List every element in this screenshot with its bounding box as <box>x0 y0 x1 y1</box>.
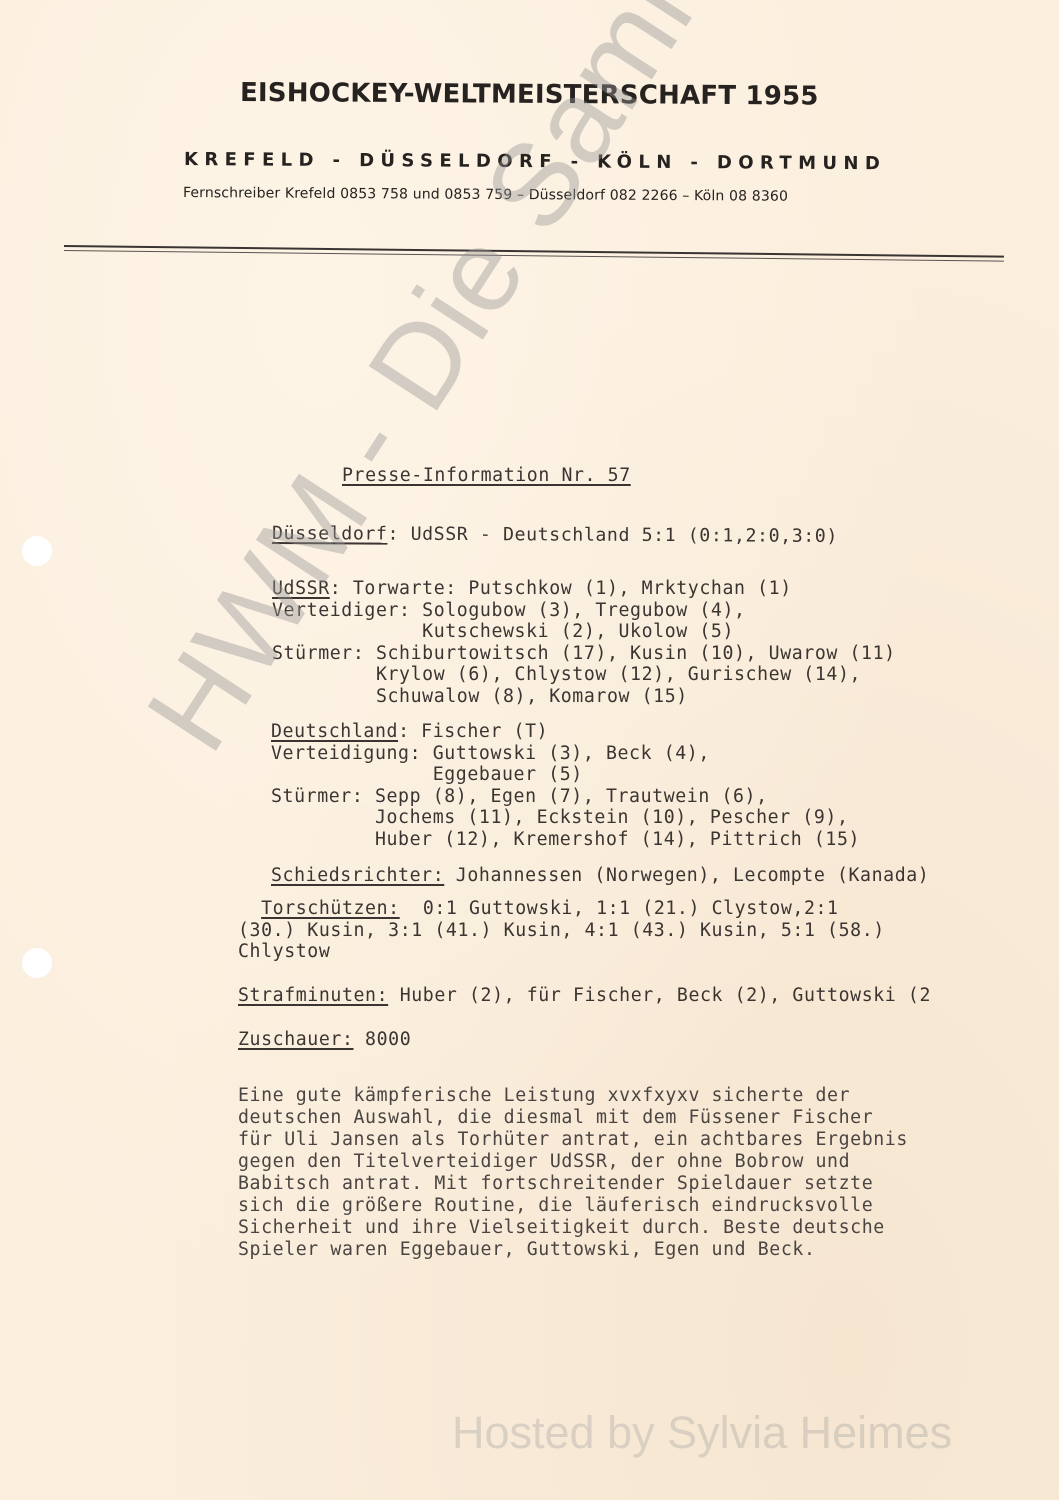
spectators-line: Zuschauer: 8000 <box>238 1029 411 1051</box>
referees-text: Johannessen (Norwegen), Lecompte (Kanada… <box>444 865 929 886</box>
lineup-line: Verteidiger: Sologubow (3), Tregubow (4)… <box>272 600 746 621</box>
report-line: Spieler waren Eggebauer, Guttowski, Egen… <box>238 1239 816 1260</box>
lineup-line: Schuwalow (8), Komarow (15) <box>272 686 688 707</box>
report-line: Babitsch antrat. Mit fortschreitender Sp… <box>238 1173 873 1194</box>
scorers-line: (30.) Kusin, 3:1 (41.) Kusin, 4:1 (43.) … <box>238 920 885 941</box>
lineup-line: Kutschewski (2), Ukolow (5) <box>272 621 734 642</box>
scorers-block: Torschützen: 0:1 Guttowski, 1:1 (21.) Cl… <box>238 898 885 963</box>
lineup-line: Krylow (6), Chlystow (12), Gurischew (14… <box>272 664 861 685</box>
lineup-line: Jochems (11), Eckstein (10), Pescher (9)… <box>271 807 849 828</box>
report-line: Eine gute kämpferische Leistung xvxfxyxv… <box>238 1085 850 1106</box>
match-line: Düsseldorf: UdSSR - Deutschland 5:1 (0:1… <box>272 523 838 547</box>
lineup-line: Huber (12), Kremershof (14), Pittrich (1… <box>271 829 860 850</box>
udssr-label: UdSSR <box>272 578 330 599</box>
report-line: deutschen Auswahl, die diesmal mit dem F… <box>238 1107 873 1128</box>
report-line: sich die größere Routine, die läuferisch… <box>238 1195 873 1216</box>
venue-label: Düsseldorf <box>272 523 388 545</box>
lineup-line: Stürmer: Sepp (8), Egen (7), Trautwein (… <box>271 786 768 807</box>
penalties-line: Strafminuten: Huber (2), für Fischer, Be… <box>238 985 931 1007</box>
lineup-line: Stürmer: Schiburtowitsch (17), Kusin (10… <box>272 643 896 664</box>
match-report: Eine gute kämpferische Leistung xvxfxyxv… <box>238 1085 908 1261</box>
germany-lineup: Deutschland: Fischer (T) Verteidigung: G… <box>271 721 860 850</box>
press-title: Presse-Information Nr. 57 <box>342 465 631 487</box>
penalties-text: Huber (2), für Fischer, Beck (2), Guttow… <box>388 985 931 1006</box>
letterhead-telex: Fernschreiber Krefeld 0853 758 und 0853 … <box>183 185 788 205</box>
spectators-text: 8000 <box>354 1029 412 1050</box>
udssr-lineup: UdSSR: Torwarte: Putschkow (1), Mrktycha… <box>272 578 896 707</box>
referees-line: Schiedsrichter: Johannessen (Norwegen), … <box>271 865 929 887</box>
punch-hole <box>22 536 52 566</box>
lineup-line: : Fischer (T) <box>398 721 548 742</box>
punch-hole <box>22 948 52 978</box>
document-page: EISHOCKEY-WELTMEISTERSCHAFT 1955 KREFELD… <box>0 0 1059 1500</box>
letterhead-title: EISHOCKEY-WELTMEISTERSCHAFT 1955 <box>240 78 819 112</box>
report-line: Sicherheit und ihre Vielseitigkeit durch… <box>238 1217 885 1238</box>
lineup-line: : Torwarte: Putschkow (1), Mrktychan (1) <box>330 578 792 599</box>
report-line: gegen den Titelverteidiger UdSSR, der oh… <box>238 1151 850 1172</box>
report-line: für Uli Jansen als Torhüter antrat, ein … <box>238 1129 908 1150</box>
scorers-label: Torschützen: <box>261 898 400 919</box>
penalties-label: Strafminuten: <box>238 985 388 1006</box>
referees-label: Schiedsrichter: <box>271 865 444 886</box>
letterhead-cities: KREFELD - DÜSSELDORF - KÖLN - DORTMUND <box>184 149 886 174</box>
footer-watermark: Hosted by Sylvia Heimes <box>452 1407 952 1459</box>
germany-label: Deutschland <box>271 721 398 742</box>
match-result: : UdSSR - Deutschland 5:1 (0:1,2:0,3:0) <box>387 524 838 547</box>
scorers-line: Chlystow <box>238 941 330 962</box>
lineup-line: Verteidigung: Guttowski (3), Beck (4), <box>271 743 710 764</box>
lineup-line: Eggebauer (5) <box>271 764 583 785</box>
spectators-label: Zuschauer: <box>238 1029 354 1050</box>
scorers-line: 0:1 Guttowski, 1:1 (21.) Clystow,2:1 <box>400 898 839 919</box>
